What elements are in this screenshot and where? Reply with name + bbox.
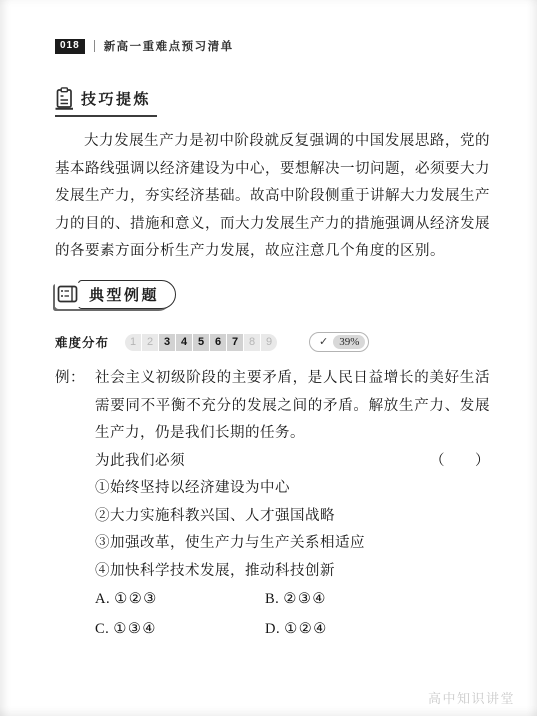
page-number-badge: 018	[55, 39, 85, 54]
difficulty-level-1: 1	[125, 334, 141, 351]
choice-label: D.	[265, 621, 284, 637]
difficulty-level-6: 6	[210, 334, 226, 351]
choice-label: A.	[95, 591, 114, 607]
choices-grid: A. ①②③B. ②③④C. ①③④D. ①②④	[55, 586, 490, 643]
choice-value: ①②④	[284, 621, 328, 637]
check-icon: ✓	[319, 337, 328, 348]
difficulty-level-2: 2	[142, 334, 158, 351]
choice-value: ①③④	[113, 621, 157, 637]
tips-section-title: 技巧提炼	[81, 88, 151, 109]
tips-section-header: 技巧提炼	[55, 87, 157, 117]
difficulty-level-9: 9	[261, 334, 277, 351]
difficulty-label: 难度分布	[55, 333, 109, 351]
choice-value: ②③④	[283, 591, 327, 607]
choice-a: A. ①②③	[95, 586, 265, 614]
question-stem-tail-line: 为此我们必须 （ ）	[55, 448, 490, 476]
tips-body-text: 大力发展生产力是初中阶段就反复强调的中国发展思路，党的基本路线强调以经济建设为中…	[55, 128, 490, 266]
question-stem-text: 社会主义初级阶段的主要矛盾，是人民日益增长的美好生活需要同不平衡不充分的发展之间…	[95, 370, 490, 441]
difficulty-row: 难度分布 123456789 ✓ 39%	[55, 332, 490, 352]
header-title: 新高一重难点预习清单	[104, 38, 234, 54]
question-items: ①始终坚持以经济建设为中心②大力实施科教兴国、人才强国战略③加强改革，使生产力与…	[55, 475, 490, 585]
difficulty-level-5: 5	[193, 334, 209, 351]
difficulty-level-7: 7	[227, 334, 243, 351]
choice-b: B. ②③④	[265, 586, 490, 614]
book-icon	[55, 283, 81, 307]
difficulty-level-8: 8	[244, 334, 260, 351]
accuracy-value: 39%	[333, 335, 365, 349]
example-section-title: 典型例题	[78, 280, 176, 309]
choice-label: B.	[265, 591, 283, 607]
difficulty-level-4: 4	[176, 334, 192, 351]
accuracy-badge: ✓ 39%	[309, 332, 369, 352]
question-statement: ④加快科学技术发展，推动科技创新	[95, 558, 490, 586]
clipboard-icon	[55, 87, 74, 110]
example-section-header: 典型例题	[55, 280, 176, 309]
choice-label: C.	[95, 621, 113, 637]
question-stem-tail: 为此我们必须	[95, 448, 185, 476]
header-divider	[94, 40, 95, 52]
question-stem: 例： 社会主义初级阶段的主要矛盾，是人民日益增长的美好生活需要同不平衡不充分的发…	[55, 365, 490, 448]
question-statement: ③加强改革，使生产力与生产关系相适应	[95, 530, 490, 558]
example-question: 例： 社会主义初级阶段的主要矛盾，是人民日益增长的美好生活需要同不平衡不充分的发…	[55, 365, 490, 643]
question-statement: ①始终坚持以经济建设为中心	[95, 475, 490, 503]
question-statement: ②大力实施科教兴国、人才强国战略	[95, 503, 490, 531]
difficulty-level-3: 3	[159, 334, 175, 351]
difficulty-scale: 123456789	[125, 334, 277, 351]
question-prefix: 例：	[55, 365, 85, 393]
page-header: 018 新高一重难点预习清单	[55, 38, 490, 54]
page-content: 018 新高一重难点预习清单 技巧提炼 大力发展生产力是初中阶段就反复强调的中国…	[0, 0, 537, 643]
choice-d: D. ①②④	[265, 616, 490, 644]
answer-blank: （ ）	[430, 448, 490, 476]
choice-value: ①②③	[114, 591, 158, 607]
choice-c: C. ①③④	[95, 616, 265, 644]
watermark: 高中知识讲堂	[428, 688, 515, 707]
